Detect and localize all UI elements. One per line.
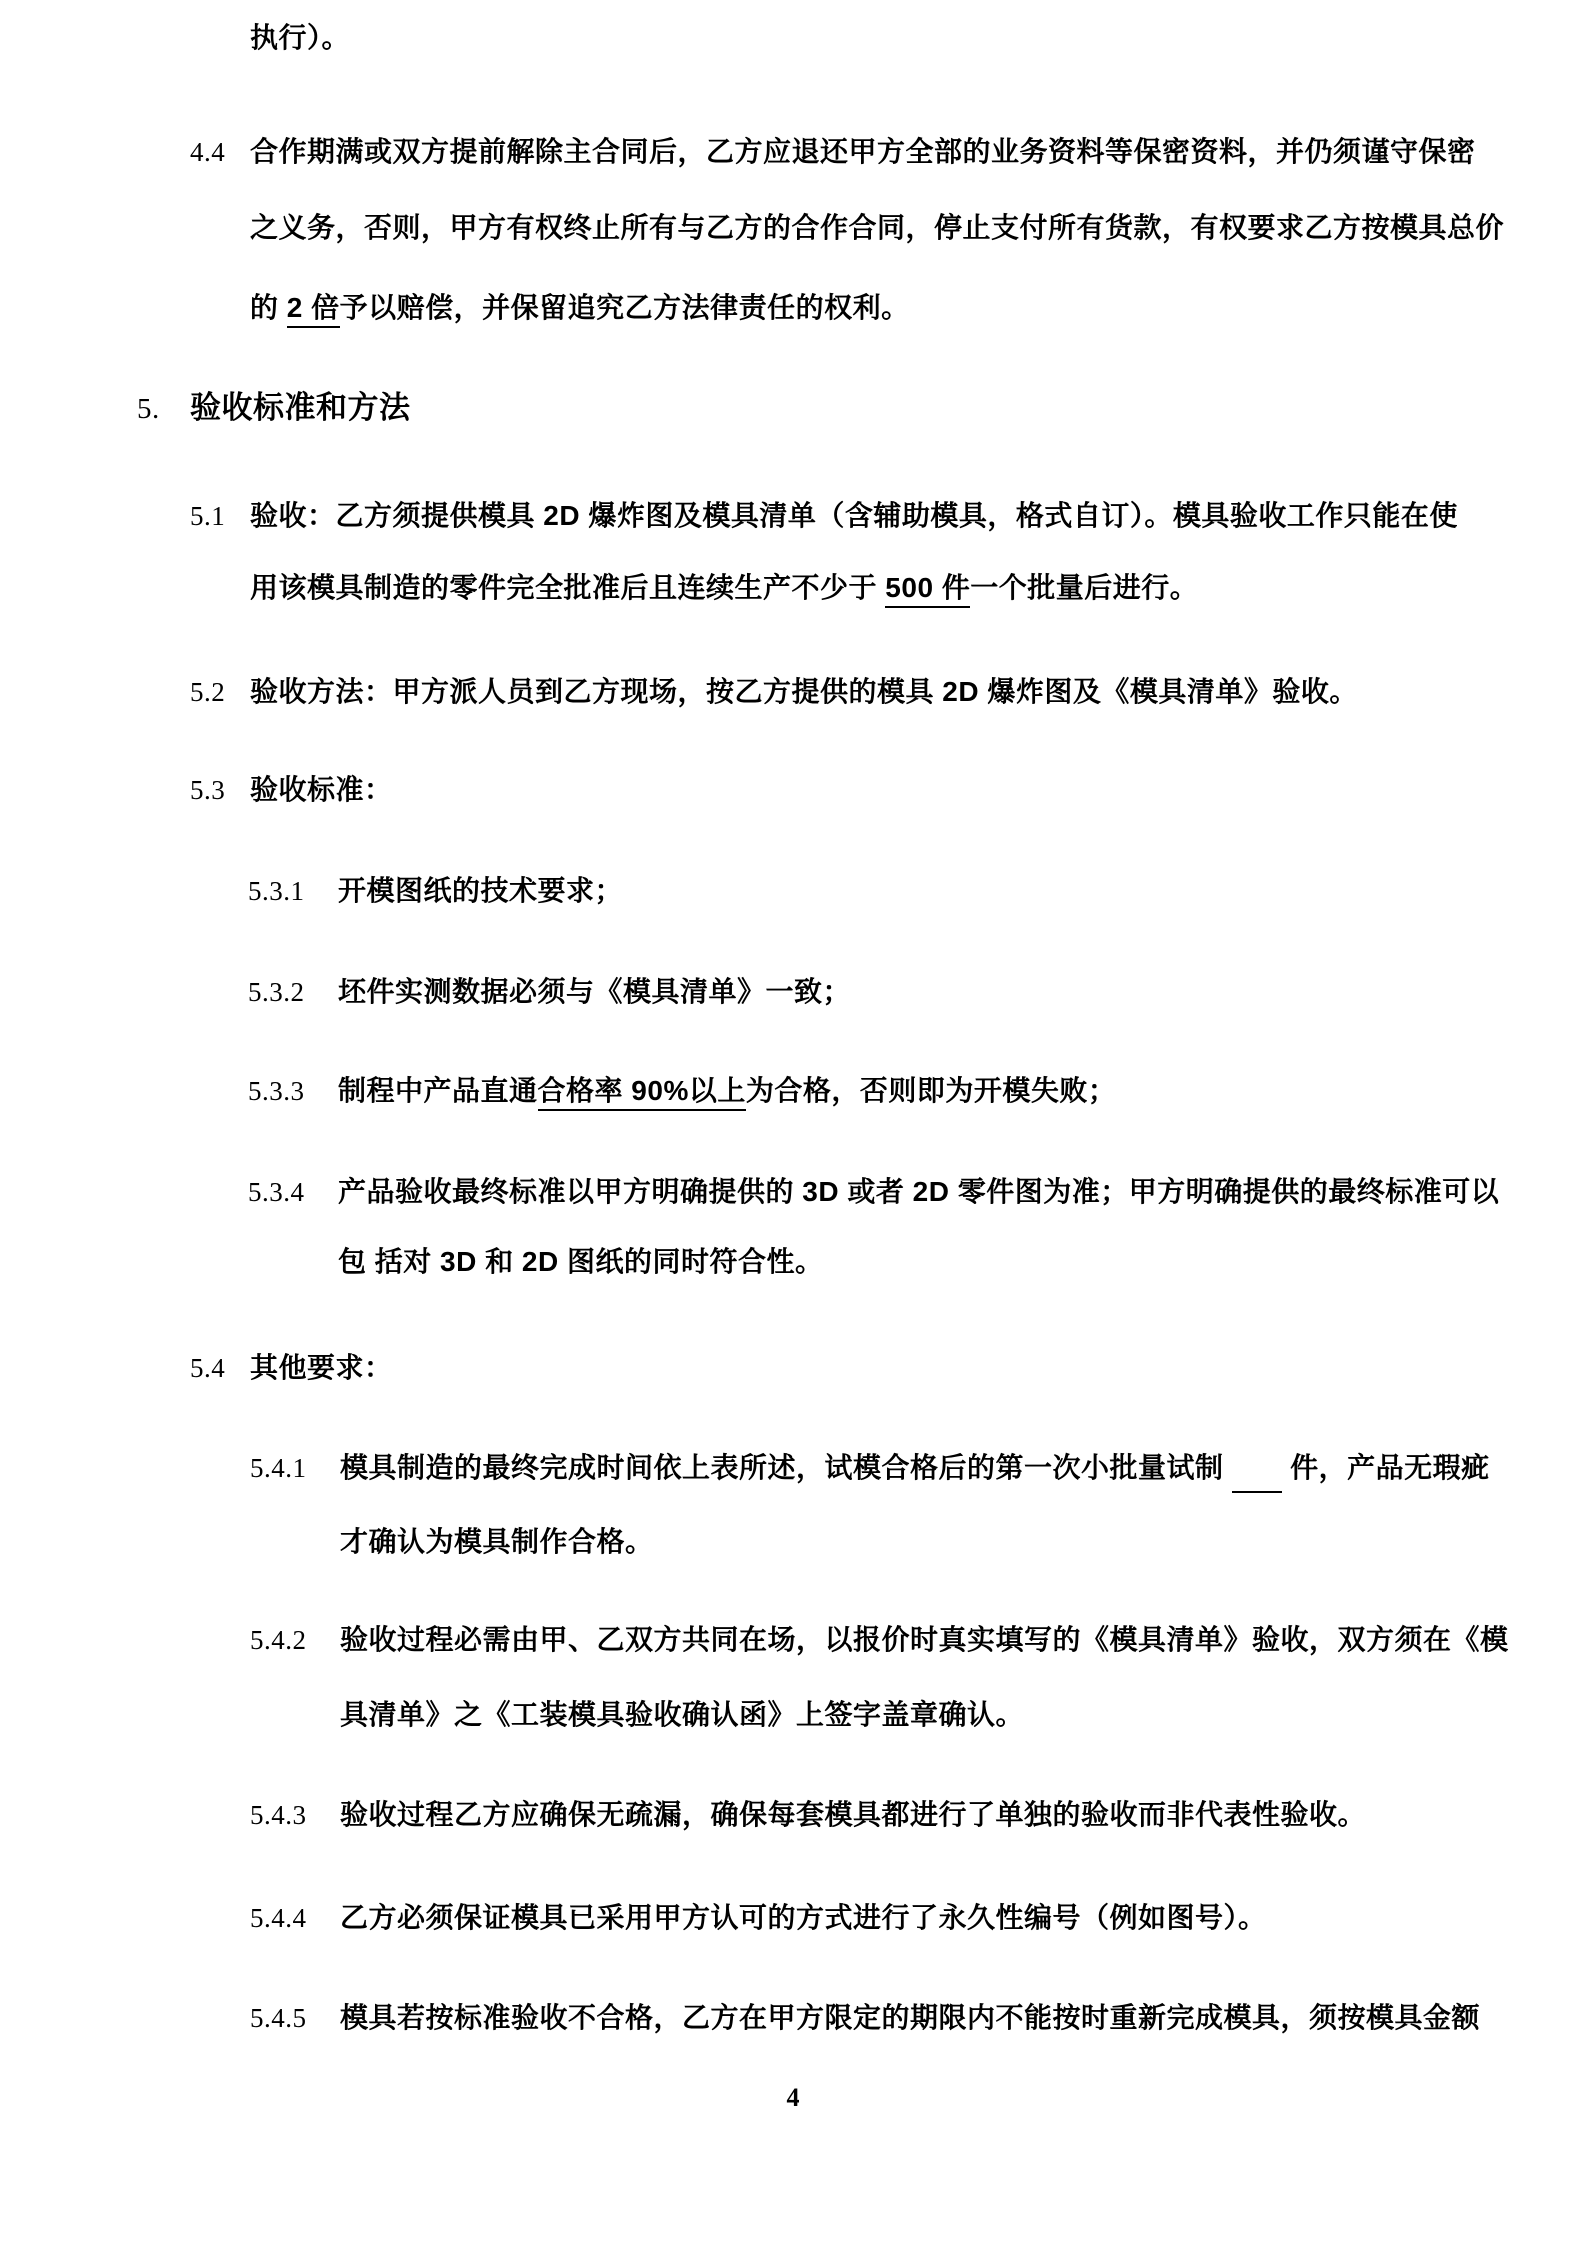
clause-number: 5.2 — [190, 672, 250, 712]
clause-5-4-2-line-1: 5.4.2验收过程必需由甲、乙双方共同在场，以报价时真实填写的《模具清单》验收，… — [250, 1620, 1509, 1660]
underlined-text: 合格率 90%以上 — [538, 1075, 746, 1111]
clause-5-4: 5.4其他要求： — [190, 1348, 393, 1388]
section-title: 验收标准和方法 — [190, 390, 411, 425]
clause-text: 为合格，否则即为开模失败； — [746, 1075, 1117, 1106]
clause-4-4-line-1: 4.4合作期满或双方提前解除主合同后，乙方应退还甲方全部的业务资料等保密资料，并… — [190, 132, 1476, 172]
clause-number: 5.4.5 — [250, 1998, 340, 2038]
clause-number: 5.3.3 — [248, 1071, 338, 1111]
clause-number: 5.4.2 — [250, 1620, 340, 1660]
clause-text: 才确认为模具制作合格。 — [340, 1526, 654, 1557]
clause-5-2: 5.2验收方法：甲方派人员到乙方现场，按乙方提供的模具 2D 爆炸图及《模具清单… — [190, 672, 1358, 712]
clause-text: 开模图纸的技术要求； — [338, 875, 623, 906]
clause-number: 5.3.2 — [248, 972, 338, 1012]
clause-5-1-line-1: 5.1验收：乙方须提供模具 2D 爆炸图及模具清单（含辅助模具，格式自订）。模具… — [190, 496, 1458, 536]
clause-number: 4.4 — [190, 132, 250, 172]
clause-text: 模具若按标准验收不合格，乙方在甲方限定的期限内不能按时重新完成模具，须按模具金额 — [340, 2002, 1480, 2033]
clause-5-1-line-2: 用该模具制造的零件完全批准后且连续生产不少于 500 件一个批量后进行。 — [250, 568, 1198, 608]
clause-text: 验收方法：甲方派人员到乙方现场，按乙方提供的模具 2D 爆炸图及《模具清单》验收… — [250, 676, 1358, 707]
clause-5-4-2-line-2: 具清单》之《工装模具验收确认函》上签字盖章确认。 — [340, 1695, 1024, 1735]
clause-text: 件，产品无瑕疵 — [1282, 1452, 1490, 1483]
clause-text: 验收过程必需由甲、乙双方共同在场，以报价时真实填写的《模具清单》验收，双方须在《… — [340, 1624, 1509, 1655]
page-number-value: 4 — [787, 2083, 800, 2112]
clause-5-3-3: 5.3.3制程中产品直通合格率 90%以上为合格，否则即为开模失败； — [248, 1071, 1116, 1111]
clause-text: 验收：乙方须提供模具 2D 爆炸图及模具清单（含辅助模具，格式自订）。模具验收工… — [250, 500, 1458, 531]
clause-text: 之义务，否则，甲方有权终止所有与乙方的合作合同，停止支付所有货款，有权要求乙方按… — [250, 212, 1504, 243]
clause-4-4-line-3: 的 2 倍予以赔偿，并保留追究乙方法律责任的权利。 — [250, 288, 910, 328]
clause-text: 其他要求： — [250, 1352, 393, 1383]
clause-text: 产品验收最终标准以甲方明确提供的 3D 或者 2D 零件图为准；甲方明确提供的最… — [338, 1176, 1499, 1207]
clause-5-4-4: 5.4.4乙方必须保证模具已采用甲方认可的方式进行了永久性编号（例如图号）。 — [250, 1898, 1267, 1938]
clause-prev-end: 执行）。 — [250, 18, 350, 58]
clause-text: 执行）。 — [250, 22, 350, 53]
clause-text: 模具制造的最终完成时间依上表所述，试模合格后的第一次小批量试制 — [340, 1452, 1232, 1483]
clause-text: 验收过程乙方应确保无疏漏，确保每套模具都进行了单独的验收而非代表性验收。 — [340, 1799, 1366, 1830]
clause-number: 5.4.3 — [250, 1795, 340, 1835]
clause-5-3: 5.3验收标准： — [190, 770, 393, 810]
clause-4-4-line-2: 之义务，否则，甲方有权终止所有与乙方的合作合同，停止支付所有货款，有权要求乙方按… — [250, 208, 1504, 248]
clause-5-4-5: 5.4.5模具若按标准验收不合格，乙方在甲方限定的期限内不能按时重新完成模具，须… — [250, 1998, 1480, 2038]
clause-text: 坯件实测数据必须与《模具清单》一致； — [338, 976, 851, 1007]
fill-in-blank — [1232, 1448, 1282, 1493]
clause-text: 合作期满或双方提前解除主合同后，乙方应退还甲方全部的业务资料等保密资料，并仍须谨… — [250, 136, 1476, 167]
clause-5-4-1-line-2: 才确认为模具制作合格。 — [340, 1522, 654, 1562]
clause-5-3-1: 5.3.1开模图纸的技术要求； — [248, 871, 623, 911]
clause-text: 的 — [250, 292, 287, 323]
clause-number: 5.1 — [190, 496, 250, 536]
clause-5-3-4-line-2: 包 括对 3D 和 2D 图纸的同时符合性。 — [338, 1242, 823, 1282]
section-5-heading: 5.验收标准和方法 — [137, 386, 411, 431]
clause-text: 制程中产品直通 — [338, 1075, 538, 1106]
clause-text: 予以赔偿，并保留追究乙方法律责任的权利。 — [340, 292, 910, 323]
underlined-text: 500 件 — [885, 572, 970, 608]
section-number: 5. — [137, 387, 190, 431]
clause-text: 用该模具制造的零件完全批准后且连续生产不少于 — [250, 572, 885, 603]
page-number: 4 — [0, 2080, 1586, 2116]
clause-number: 5.4.4 — [250, 1898, 340, 1938]
clause-number: 5.3.1 — [248, 871, 338, 911]
clause-number: 5.4.1 — [250, 1448, 340, 1488]
clause-number: 5.4 — [190, 1348, 250, 1388]
clause-text: 乙方必须保证模具已采用甲方认可的方式进行了永久性编号（例如图号）。 — [340, 1902, 1267, 1933]
clause-5-3-4-line-1: 5.3.4产品验收最终标准以甲方明确提供的 3D 或者 2D 零件图为准；甲方明… — [248, 1172, 1499, 1212]
clause-number: 5.3 — [190, 770, 250, 810]
clause-text: 具清单》之《工装模具验收确认函》上签字盖章确认。 — [340, 1699, 1024, 1730]
clause-text: 包 括对 3D 和 2D 图纸的同时符合性。 — [338, 1246, 823, 1277]
clause-5-4-1-line-1: 5.4.1模具制造的最终完成时间依上表所述，试模合格后的第一次小批量试制 件，产… — [250, 1448, 1490, 1493]
document-page: 执行）。 4.4合作期满或双方提前解除主合同后，乙方应退还甲方全部的业务资料等保… — [0, 0, 1586, 2244]
clause-5-4-3: 5.4.3验收过程乙方应确保无疏漏，确保每套模具都进行了单独的验收而非代表性验收… — [250, 1795, 1366, 1835]
clause-number: 5.3.4 — [248, 1172, 338, 1212]
underlined-text: 2 倍 — [287, 292, 340, 328]
clause-text: 验收标准： — [250, 774, 393, 805]
clause-5-3-2: 5.3.2坯件实测数据必须与《模具清单》一致； — [248, 972, 851, 1012]
clause-text: 一个批量后进行。 — [970, 572, 1198, 603]
